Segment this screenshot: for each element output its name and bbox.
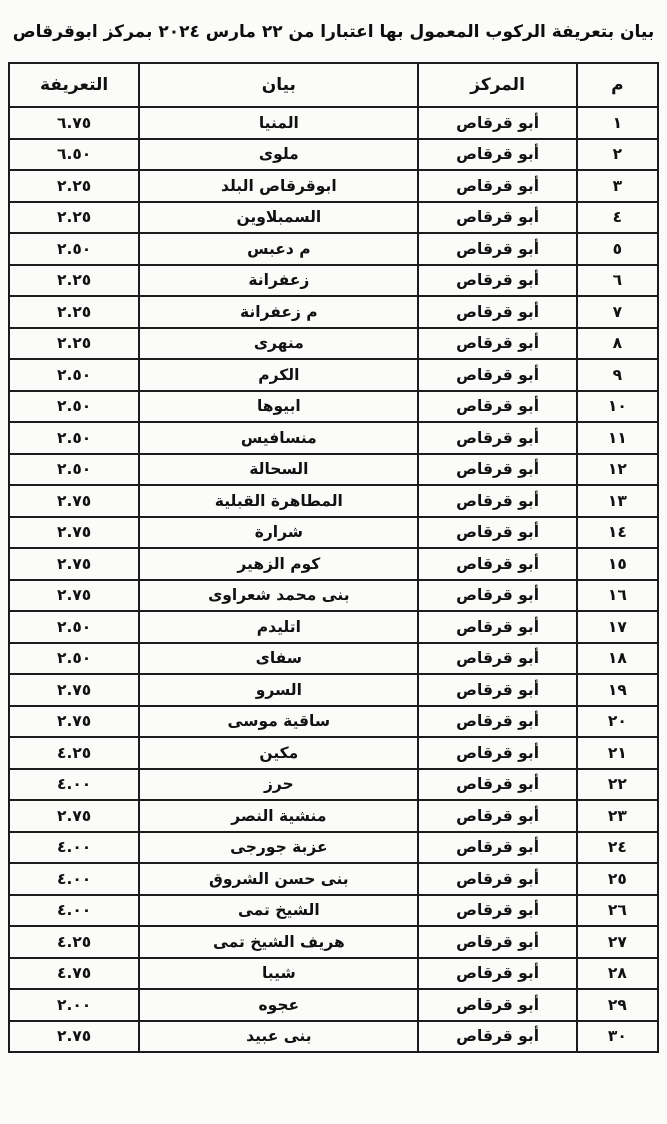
tariff-value-cell: ٢.٢٥ bbox=[9, 170, 139, 202]
tariff-value-cell: ٢.٠٠ bbox=[9, 989, 139, 1021]
center-cell: أبو قرقاص bbox=[418, 706, 576, 738]
tariff-value-cell: ٤.٧٥ bbox=[9, 958, 139, 990]
destination-cell: الكرم bbox=[139, 359, 418, 391]
row-number-cell: ١٩ bbox=[577, 674, 658, 706]
center-cell: أبو قرقاص bbox=[418, 233, 576, 265]
table-row: ٤ أبو قرقاص السمبلاوين ٢.٢٥ bbox=[9, 202, 658, 234]
tariff-value-cell: ٤.٠٠ bbox=[9, 863, 139, 895]
table-header-row: م المركز بيان التعريفة bbox=[9, 63, 658, 107]
center-cell: أبو قرقاص bbox=[418, 485, 576, 517]
center-cell: أبو قرقاص bbox=[418, 800, 576, 832]
table-row: ٢٣ أبو قرقاص منشية النصر ٢.٧٥ bbox=[9, 800, 658, 832]
tariff-value-cell: ٤.٠٠ bbox=[9, 895, 139, 927]
row-number-cell: ٢١ bbox=[577, 737, 658, 769]
center-cell: أبو قرقاص bbox=[418, 611, 576, 643]
destination-cell: اتليدم bbox=[139, 611, 418, 643]
destination-cell: ملوى bbox=[139, 139, 418, 171]
row-number-cell: ٥ bbox=[577, 233, 658, 265]
tariff-value-cell: ٢.٥٠ bbox=[9, 611, 139, 643]
row-number-cell: ١٢ bbox=[577, 454, 658, 486]
row-number-cell: ٢٤ bbox=[577, 832, 658, 864]
row-number-cell: ١٨ bbox=[577, 643, 658, 675]
row-number-cell: ١٠ bbox=[577, 391, 658, 423]
center-cell: أبو قرقاص bbox=[418, 107, 576, 139]
destination-cell: عجوه bbox=[139, 989, 418, 1021]
row-number-cell: ٨ bbox=[577, 328, 658, 360]
center-cell: أبو قرقاص bbox=[418, 548, 576, 580]
center-cell: أبو قرقاص bbox=[418, 832, 576, 864]
tariff-value-cell: ٤.٠٠ bbox=[9, 832, 139, 864]
destination-cell: منهرى bbox=[139, 328, 418, 360]
destination-cell: السمبلاوين bbox=[139, 202, 418, 234]
center-cell: أبو قرقاص bbox=[418, 674, 576, 706]
table-row: ٣ أبو قرقاص ابوقرقاص البلد ٢.٢٥ bbox=[9, 170, 658, 202]
tariff-value-cell: ٢.٧٥ bbox=[9, 548, 139, 580]
destination-cell: منشية النصر bbox=[139, 800, 418, 832]
destination-cell: م دعبس bbox=[139, 233, 418, 265]
destination-cell: السحالة bbox=[139, 454, 418, 486]
center-cell: أبو قرقاص bbox=[418, 989, 576, 1021]
row-number-cell: ٢٧ bbox=[577, 926, 658, 958]
tariff-value-cell: ٢.٧٥ bbox=[9, 517, 139, 549]
table-row: ١٠ أبو قرقاص ابيوها ٢.٥٠ bbox=[9, 391, 658, 423]
destination-cell: ساقية موسى bbox=[139, 706, 418, 738]
tariff-value-cell: ٢.٥٠ bbox=[9, 233, 139, 265]
row-number-cell: ١ bbox=[577, 107, 658, 139]
table-row: ١٩ أبو قرقاص السرو ٢.٧٥ bbox=[9, 674, 658, 706]
table-row: ٦ أبو قرقاص زعفرانة ٢.٢٥ bbox=[9, 265, 658, 297]
table-row: ٢٧ أبو قرقاص هريف الشيخ تمى ٤.٢٥ bbox=[9, 926, 658, 958]
tariff-value-cell: ٢.٧٥ bbox=[9, 1021, 139, 1053]
tariff-value-cell: ٢.٧٥ bbox=[9, 706, 139, 738]
center-cell: أبو قرقاص bbox=[418, 265, 576, 297]
center-cell: أبو قرقاص bbox=[418, 863, 576, 895]
row-number-cell: ٢٣ bbox=[577, 800, 658, 832]
table-row: ١٢ أبو قرقاص السحالة ٢.٥٠ bbox=[9, 454, 658, 486]
destination-cell: مكين bbox=[139, 737, 418, 769]
row-number-cell: ١٧ bbox=[577, 611, 658, 643]
tariff-value-cell: ٢.٥٠ bbox=[9, 391, 139, 423]
table-row: ٣٠ أبو قرقاص بنى عبيد ٢.٧٥ bbox=[9, 1021, 658, 1053]
tariff-value-cell: ٢.٢٥ bbox=[9, 202, 139, 234]
destination-cell: عزبة جورجى bbox=[139, 832, 418, 864]
scanned-document-page: بيان بتعريفة الركوب المعمول بها اعتبارا … bbox=[0, 0, 667, 1124]
row-number-cell: ٢٨ bbox=[577, 958, 658, 990]
center-cell: أبو قرقاص bbox=[418, 454, 576, 486]
center-cell: أبو قرقاص bbox=[418, 296, 576, 328]
center-cell: أبو قرقاص bbox=[418, 359, 576, 391]
table-row: ١٣ أبو قرقاص المطاهرة القبلية ٢.٧٥ bbox=[9, 485, 658, 517]
destination-cell: بنى عبيد bbox=[139, 1021, 418, 1053]
table-row: ١٨ أبو قرقاص سفاى ٢.٥٠ bbox=[9, 643, 658, 675]
row-number-cell: ١١ bbox=[577, 422, 658, 454]
column-header-number: م bbox=[577, 63, 658, 107]
table-row: ١٤ أبو قرقاص شرارة ٢.٧٥ bbox=[9, 517, 658, 549]
table-row: ٢٦ أبو قرقاص الشيخ تمى ٤.٠٠ bbox=[9, 895, 658, 927]
row-number-cell: ١٤ bbox=[577, 517, 658, 549]
tariff-value-cell: ٢.٢٥ bbox=[9, 296, 139, 328]
table-row: ١٦ أبو قرقاص بنى محمد شعراوى ٢.٧٥ bbox=[9, 580, 658, 612]
center-cell: أبو قرقاص bbox=[418, 895, 576, 927]
row-number-cell: ١٥ bbox=[577, 548, 658, 580]
row-number-cell: ٧ bbox=[577, 296, 658, 328]
tariff-value-cell: ٢.٧٥ bbox=[9, 485, 139, 517]
fare-table: م المركز بيان التعريفة ١ أبو قرقاص المني… bbox=[8, 62, 659, 1053]
destination-cell: بنى حسن الشروق bbox=[139, 863, 418, 895]
center-cell: أبو قرقاص bbox=[418, 391, 576, 423]
row-number-cell: ٣ bbox=[577, 170, 658, 202]
table-row: ٥ أبو قرقاص م دعبس ٢.٥٠ bbox=[9, 233, 658, 265]
destination-cell: سفاى bbox=[139, 643, 418, 675]
center-cell: أبو قرقاص bbox=[418, 580, 576, 612]
row-number-cell: ٢٢ bbox=[577, 769, 658, 801]
tariff-value-cell: ٢.٧٥ bbox=[9, 674, 139, 706]
destination-cell: زعفرانة bbox=[139, 265, 418, 297]
tariff-value-cell: ٢.٢٥ bbox=[9, 328, 139, 360]
column-header-statement: بيان bbox=[139, 63, 418, 107]
table-row: ٢٤ أبو قرقاص عزبة جورجى ٤.٠٠ bbox=[9, 832, 658, 864]
destination-cell: بنى محمد شعراوى bbox=[139, 580, 418, 612]
center-cell: أبو قرقاص bbox=[418, 643, 576, 675]
row-number-cell: ٤ bbox=[577, 202, 658, 234]
row-number-cell: ٢ bbox=[577, 139, 658, 171]
table-row: ٢٨ أبو قرقاص شيبا ٤.٧٥ bbox=[9, 958, 658, 990]
destination-cell: كوم الزهير bbox=[139, 548, 418, 580]
tariff-value-cell: ٤.٢٥ bbox=[9, 737, 139, 769]
table-row: ١٧ أبو قرقاص اتليدم ٢.٥٠ bbox=[9, 611, 658, 643]
row-number-cell: ٢٥ bbox=[577, 863, 658, 895]
document-title: بيان بتعريفة الركوب المعمول بها اعتبارا … bbox=[6, 22, 661, 42]
table-row: ٢٥ أبو قرقاص بنى حسن الشروق ٤.٠٠ bbox=[9, 863, 658, 895]
table-row: ١١ أبو قرقاص منسافيس ٢.٥٠ bbox=[9, 422, 658, 454]
destination-cell: م زعفرانة bbox=[139, 296, 418, 328]
table-row: ٩ أبو قرقاص الكرم ٢.٥٠ bbox=[9, 359, 658, 391]
center-cell: أبو قرقاص bbox=[418, 202, 576, 234]
center-cell: أبو قرقاص bbox=[418, 926, 576, 958]
table-row: ١ أبو قرقاص المنيا ٦.٧٥ bbox=[9, 107, 658, 139]
destination-cell: شرارة bbox=[139, 517, 418, 549]
destination-cell: حرز bbox=[139, 769, 418, 801]
destination-cell: السرو bbox=[139, 674, 418, 706]
center-cell: أبو قرقاص bbox=[418, 958, 576, 990]
table-row: ٢١ أبو قرقاص مكين ٤.٢٥ bbox=[9, 737, 658, 769]
tariff-value-cell: ٢.٥٠ bbox=[9, 359, 139, 391]
table-row: ٧ أبو قرقاص م زعفرانة ٢.٢٥ bbox=[9, 296, 658, 328]
row-number-cell: ٦ bbox=[577, 265, 658, 297]
center-cell: أبو قرقاص bbox=[418, 328, 576, 360]
tariff-value-cell: ٦.٥٠ bbox=[9, 139, 139, 171]
center-cell: أبو قرقاص bbox=[418, 1021, 576, 1053]
tariff-value-cell: ٤.٠٠ bbox=[9, 769, 139, 801]
destination-cell: شيبا bbox=[139, 958, 418, 990]
center-cell: أبو قرقاص bbox=[418, 517, 576, 549]
destination-cell: ابيوها bbox=[139, 391, 418, 423]
tariff-value-cell: ٢.٧٥ bbox=[9, 800, 139, 832]
column-header-center: المركز bbox=[418, 63, 576, 107]
tariff-value-cell: ٢.٥٠ bbox=[9, 643, 139, 675]
row-number-cell: ٢٠ bbox=[577, 706, 658, 738]
row-number-cell: ١٣ bbox=[577, 485, 658, 517]
destination-cell: هريف الشيخ تمى bbox=[139, 926, 418, 958]
center-cell: أبو قرقاص bbox=[418, 170, 576, 202]
destination-cell: الشيخ تمى bbox=[139, 895, 418, 927]
center-cell: أبو قرقاص bbox=[418, 422, 576, 454]
row-number-cell: ٢٦ bbox=[577, 895, 658, 927]
center-cell: أبو قرقاص bbox=[418, 737, 576, 769]
tariff-value-cell: ٢.٥٠ bbox=[9, 422, 139, 454]
row-number-cell: ٢٩ bbox=[577, 989, 658, 1021]
tariff-value-cell: ٢.٢٥ bbox=[9, 265, 139, 297]
center-cell: أبو قرقاص bbox=[418, 139, 576, 171]
table-row: ٢٠ أبو قرقاص ساقية موسى ٢.٧٥ bbox=[9, 706, 658, 738]
tariff-value-cell: ٤.٢٥ bbox=[9, 926, 139, 958]
destination-cell: المطاهرة القبلية bbox=[139, 485, 418, 517]
table-row: ٨ أبو قرقاص منهرى ٢.٢٥ bbox=[9, 328, 658, 360]
row-number-cell: ٩ bbox=[577, 359, 658, 391]
table-row: ٢٩ أبو قرقاص عجوه ٢.٠٠ bbox=[9, 989, 658, 1021]
center-cell: أبو قرقاص bbox=[418, 769, 576, 801]
row-number-cell: ١٦ bbox=[577, 580, 658, 612]
table-row: ١٥ أبو قرقاص كوم الزهير ٢.٧٥ bbox=[9, 548, 658, 580]
tariff-value-cell: ٦.٧٥ bbox=[9, 107, 139, 139]
row-number-cell: ٣٠ bbox=[577, 1021, 658, 1053]
table-row: ٢٢ أبو قرقاص حرز ٤.٠٠ bbox=[9, 769, 658, 801]
column-header-tariff: التعريفة bbox=[9, 63, 139, 107]
destination-cell: ابوقرقاص البلد bbox=[139, 170, 418, 202]
tariff-value-cell: ٢.٥٠ bbox=[9, 454, 139, 486]
table-row: ٢ أبو قرقاص ملوى ٦.٥٠ bbox=[9, 139, 658, 171]
tariff-value-cell: ٢.٧٥ bbox=[9, 580, 139, 612]
destination-cell: المنيا bbox=[139, 107, 418, 139]
destination-cell: منسافيس bbox=[139, 422, 418, 454]
